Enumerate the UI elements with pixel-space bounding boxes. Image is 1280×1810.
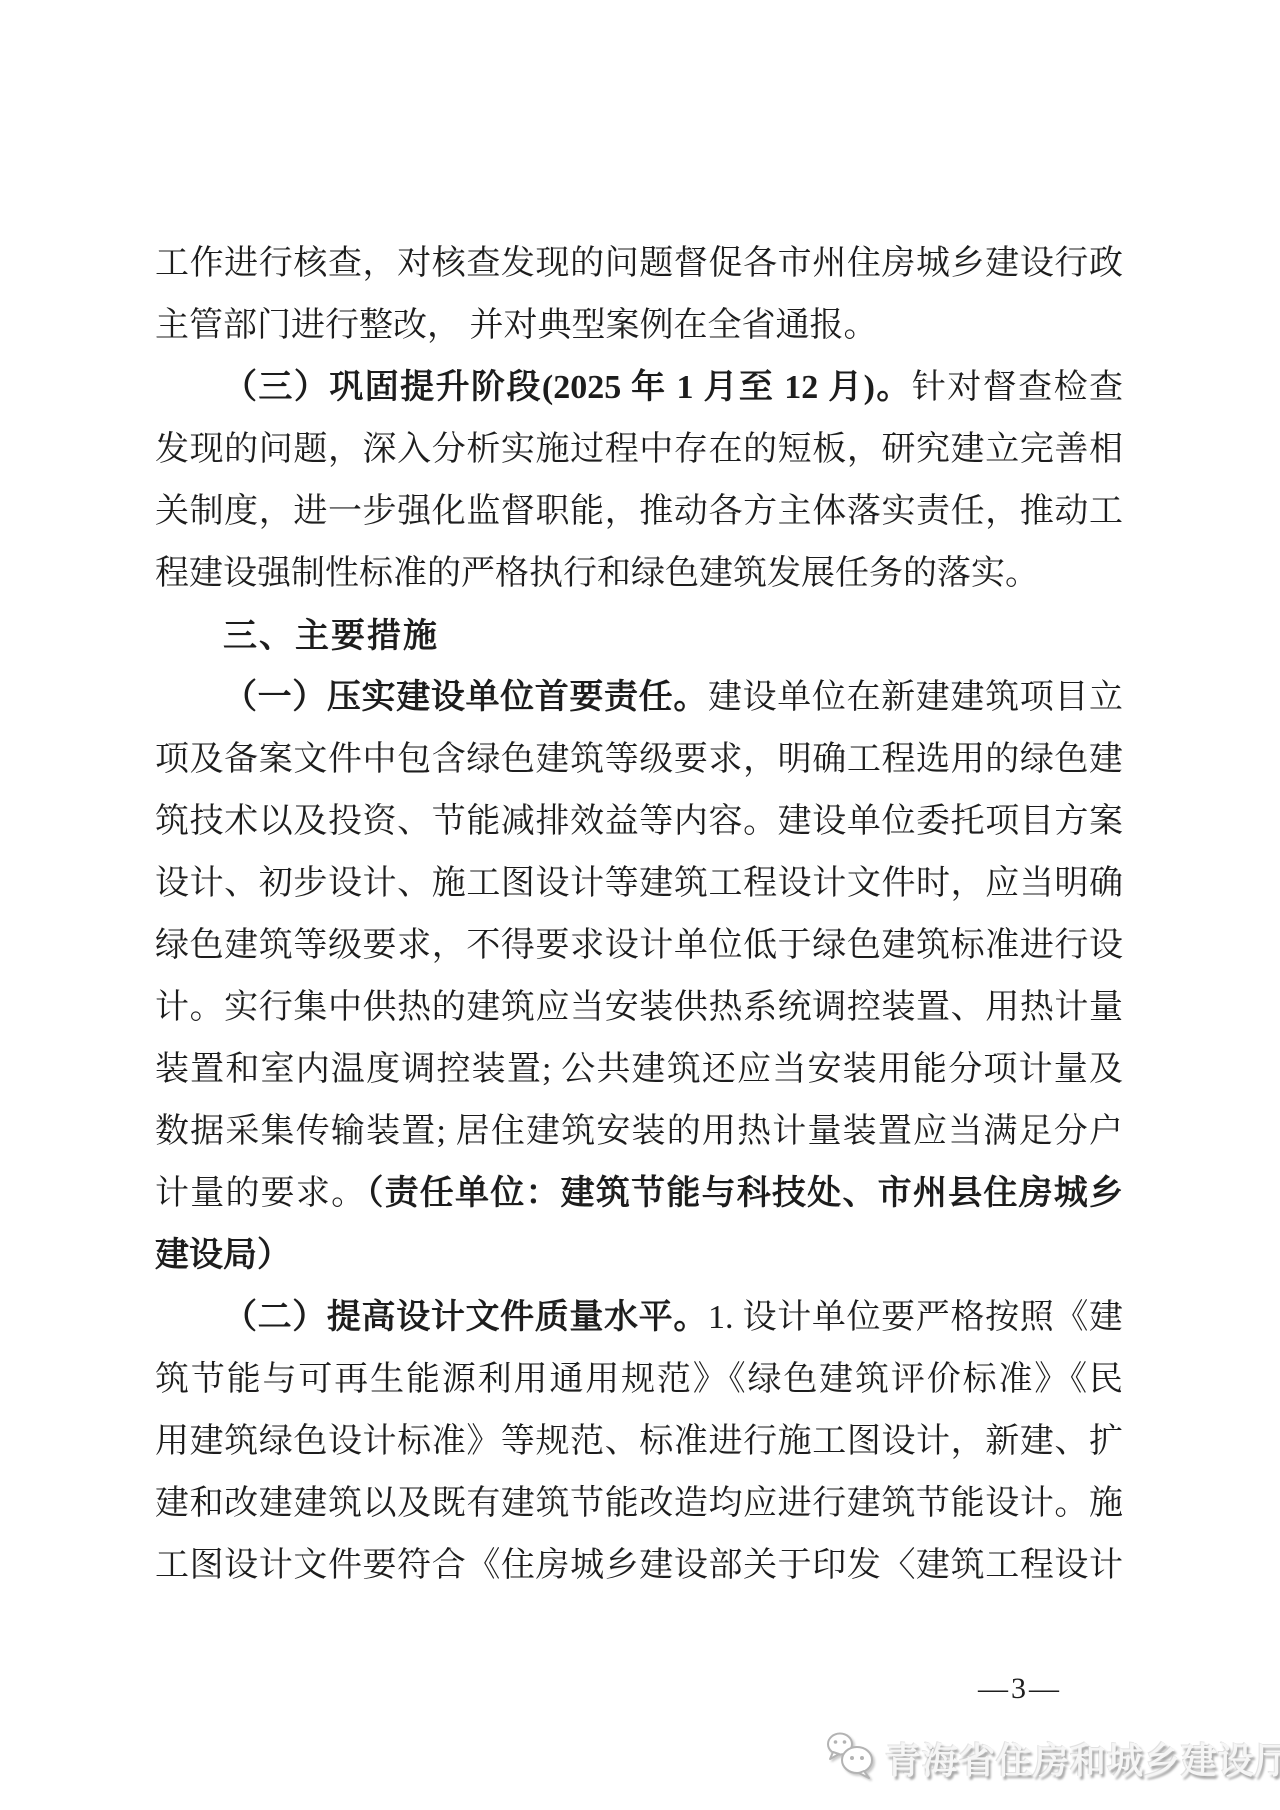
text-segment: 用建筑绿色设计标准》等规范、标准进行施工图设计，新建、扩 — [155, 1423, 1123, 1460]
text-line: 工图设计文件要符合《住房城乡建设部关于印发〈建筑工程设计 — [155, 1535, 1123, 1597]
text-segment-bold: （二）提高设计文件质量水平。 — [223, 1299, 708, 1336]
text-segment: 绿色建筑等级要求，不得要求设计单位低于绿色建筑标准进行设 — [155, 927, 1123, 964]
text-line: （一）压实建设单位首要责任。建设单位在新建建筑项目立 — [155, 667, 1123, 729]
text-line: 工作进行核查，对核查发现的问题督促各市州住房城乡建设行政 — [155, 233, 1123, 295]
text-segment: 程建设强制性标准的严格执行和绿色建筑发展任务的落实。 — [155, 555, 1039, 592]
text-segment: 主管部门进行整改， 并对典型案例在全省通报。 — [155, 307, 878, 344]
text-segment: 发现的问题，深入分析实施过程中存在的短板，研究建立完善相 — [155, 431, 1123, 468]
footer-watermark: 青海省住房和城乡建设厅 — [823, 1731, 1280, 1786]
text-segment-bold: （责任单位：建筑节能与科技处、市州县住房城乡 — [366, 1175, 1123, 1212]
text-segment: 装置和室内温度调控装置; 公共建筑还应当安装用能分项计量及 — [155, 1051, 1123, 1088]
text-segment: 针对督查检查 — [912, 369, 1123, 406]
wechat-icon — [823, 1731, 877, 1786]
text-line: 装置和室内温度调控装置; 公共建筑还应当安装用能分项计量及 — [155, 1039, 1123, 1101]
text-line: 程建设强制性标准的严格执行和绿色建筑发展任务的落实。 — [155, 543, 1123, 605]
text-line: （二）提高设计文件质量水平。1. 设计单位要严格按照《建 — [155, 1287, 1123, 1349]
watermark-text: 青海省住房和城乡建设厅 — [885, 1733, 1280, 1784]
text-line: 计。实行集中供热的建筑应当安装供热系统调控装置、用热计量 — [155, 977, 1123, 1039]
text-segment-bold: （一）压实建设单位首要责任。 — [223, 679, 708, 716]
document-page: 工作进行核查，对核查发现的问题督促各市州住房城乡建设行政主管部门进行整改， 并对… — [0, 0, 1280, 1810]
text-line: 关制度，进一步强化监督职能，推动各方主体落实责任，推动工 — [155, 481, 1123, 543]
text-line: 设计、初步设计、施工图设计等建筑工程设计文件时，应当明确 — [155, 853, 1123, 915]
text-line: 三、主要措施 — [155, 605, 1123, 667]
text-segment: 工图设计文件要符合《住房城乡建设部关于印发〈建筑工程设计 — [155, 1547, 1123, 1584]
text-line: 筑技术以及投资、节能减排效益等内容。建设单位委托项目方案 — [155, 791, 1123, 853]
text-segment-bold: 建设局） — [155, 1237, 291, 1274]
text-line: 数据采集传输装置; 居住建筑安装的用热计量装置应当满足分户 — [155, 1101, 1123, 1163]
text-line: 计量的要求。（责任单位：建筑节能与科技处、市州县住房城乡 — [155, 1163, 1123, 1225]
text-line: 建设局） — [155, 1225, 1123, 1287]
text-segment: 筑节能与可再生能源利用通用规范》《绿色建筑评价标准》《民 — [155, 1361, 1123, 1398]
text-line: （三）巩固提升阶段(2025 年 1 月至 12 月)。针对督查检查 — [155, 357, 1123, 419]
text-segment: 筑技术以及投资、节能减排效益等内容。建设单位委托项目方案 — [155, 803, 1123, 840]
text-segment: 1. 设计单位要严格按照《建 — [708, 1299, 1123, 1336]
text-line: 建和改建建筑以及既有建筑节能改造均应进行建筑节能设计。施 — [155, 1473, 1123, 1535]
document-body: 工作进行核查，对核查发现的问题督促各市州住房城乡建设行政主管部门进行整改， 并对… — [155, 233, 1123, 1597]
text-segment: 项及备案文件中包含绿色建筑等级要求，明确工程选用的绿色建 — [155, 741, 1123, 778]
text-line: 项及备案文件中包含绿色建筑等级要求，明确工程选用的绿色建 — [155, 729, 1123, 791]
text-line: 筑节能与可再生能源利用通用规范》《绿色建筑评价标准》《民 — [155, 1349, 1123, 1411]
text-segment: 设计、初步设计、施工图设计等建筑工程设计文件时，应当明确 — [155, 865, 1123, 902]
text-line: 用建筑绿色设计标准》等规范、标准进行施工图设计，新建、扩 — [155, 1411, 1123, 1473]
text-segment: 建和改建建筑以及既有建筑节能改造均应进行建筑节能设计。施 — [155, 1485, 1123, 1522]
text-line: 主管部门进行整改， 并对典型案例在全省通报。 — [155, 295, 1123, 357]
text-segment: 建设单位在新建建筑项目立 — [708, 679, 1123, 716]
text-line: 绿色建筑等级要求，不得要求设计单位低于绿色建筑标准进行设 — [155, 915, 1123, 977]
page-number: —3— — [978, 1672, 1062, 1706]
text-line: 发现的问题，深入分析实施过程中存在的短板，研究建立完善相 — [155, 419, 1123, 481]
text-segment-bold: （三）巩固提升阶段(2025 年 1 月至 12 月)。 — [223, 369, 912, 406]
text-segment-bold: 三、主要措施 — [223, 617, 439, 655]
text-segment: 数据采集传输装置; 居住建筑安装的用热计量装置应当满足分户 — [155, 1113, 1123, 1150]
text-segment: 计量的要求。 — [155, 1175, 366, 1212]
text-segment: 工作进行核查，对核查发现的问题督促各市州住房城乡建设行政 — [155, 245, 1123, 282]
text-segment: 关制度，进一步强化监督职能，推动各方主体落实责任，推动工 — [155, 493, 1123, 530]
text-segment: 计。实行集中供热的建筑应当安装供热系统调控装置、用热计量 — [155, 989, 1123, 1026]
